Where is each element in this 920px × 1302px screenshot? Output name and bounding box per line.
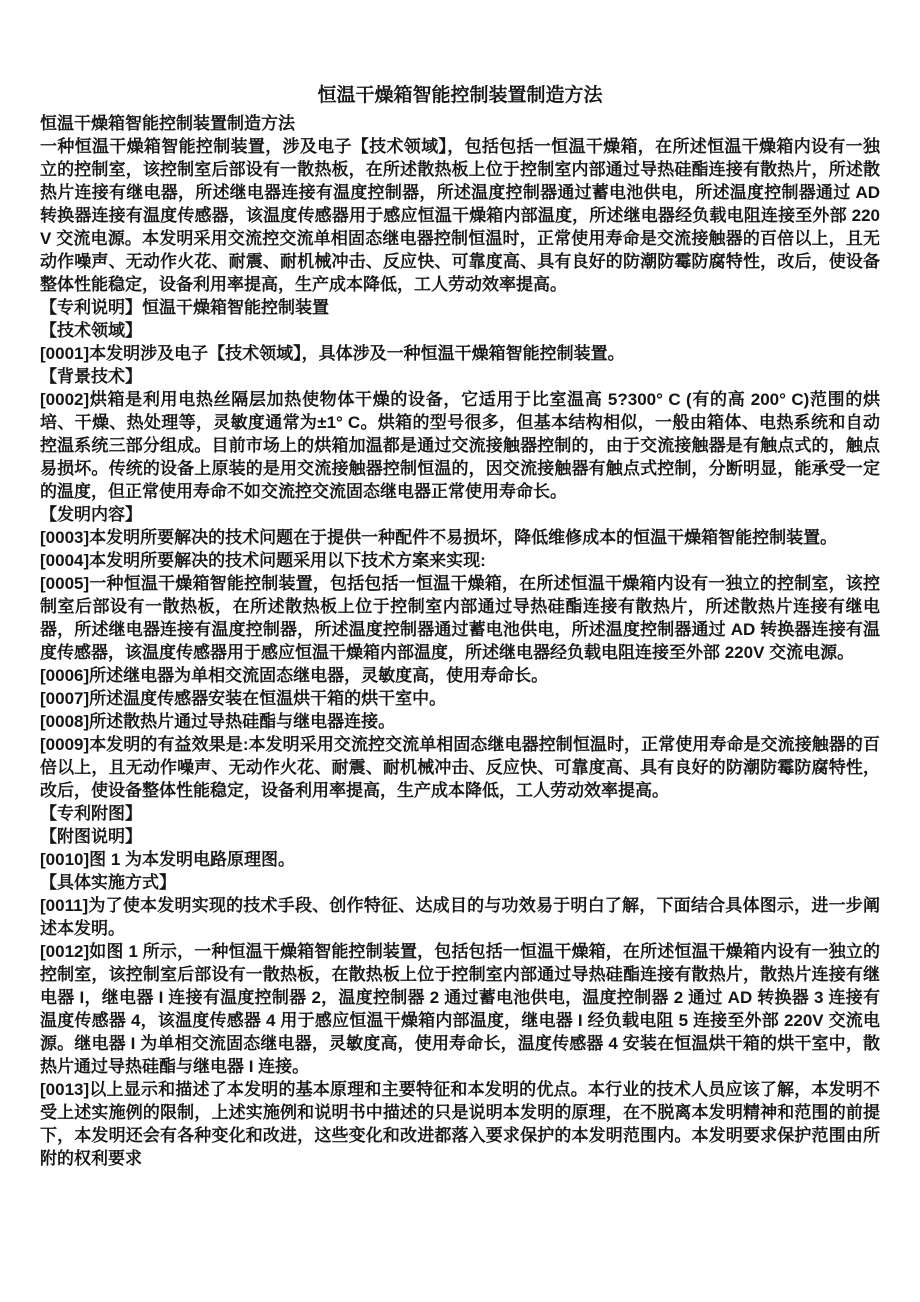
paragraph-0011: [0011]为了使本发明实现的技术手段、创作特征、达成目的与功效易于明白了解，下… (40, 894, 880, 940)
paragraph-0004: [0004]本发明所要解决的技术问题采用以下技术方案来实现: (40, 549, 880, 572)
section-heading-figure-description: 【附图说明】 (40, 825, 880, 848)
paragraph-0005: [0005]一种恒温干燥箱智能控制装置，包括包括一恒温干燥箱，在所述恒温干燥箱内… (40, 572, 880, 664)
abstract-paragraph: 一种恒温干燥箱智能控制装置，涉及电子【技术领域】，包括包括一恒温干燥箱，在所述恒… (40, 135, 880, 296)
paragraph-0001: [0001]本发明涉及电子【技术领域】，具体涉及一种恒温干燥箱智能控制装置。 (40, 342, 880, 365)
paragraph-0013: [0013]以上显示和描述了本发明的基本原理和主要特征和本发明的优点。本行业的技… (40, 1078, 880, 1170)
section-heading-embodiments: 【具体实施方式】 (40, 871, 880, 894)
paragraph-0008: [0008]所述散热片通过导热硅酯与继电器连接。 (40, 710, 880, 733)
paragraph-0012: [0012]如图 1 所示，一种恒温干燥箱智能控制装置，包括包括一恒温干燥箱，在… (40, 940, 880, 1078)
paragraph-0006: [0006]所述继电器为单相交流固态继电器，灵敏度高，使用寿命长。 (40, 664, 880, 687)
paragraph-0002: [0002]烘箱是利用电热丝隔层加热使物体干燥的设备，它适用于比室温高 5?30… (40, 388, 880, 503)
section-heading-background: 【背景技术】 (40, 365, 880, 388)
paragraph-0010: [0010]图 1 为本发明电路原理图。 (40, 848, 880, 871)
paragraph-0009: [0009]本发明的有益效果是:本发明采用交流控交流单相固态继电器控制恒温时，正… (40, 733, 880, 802)
document-body: 恒温干燥箱智能控制装置制造方法恒温干燥箱智能控制装置制造方法一种恒温干燥箱智能控… (40, 84, 880, 1170)
paragraph-0003: [0003]本发明所要解决的技术问题在于提供一种配件不易损坏，降低维修成本的恒温… (40, 526, 880, 549)
page-title: 恒温干燥箱智能控制装置制造方法 (40, 84, 880, 108)
section-heading-technical-field: 【技术领域】 (40, 319, 880, 342)
paragraph-0007: [0007]所述温度传感器安装在恒温烘干箱的烘干室中。 (40, 687, 880, 710)
patent-document-page: 恒温干燥箱智能控制装置制造方法恒温干燥箱智能控制装置制造方法一种恒温干燥箱智能控… (0, 0, 920, 1302)
patent-description-heading: 【专利说明】恒温干燥箱智能控制装置 (40, 296, 880, 319)
section-heading-patent-figures: 【专利附图】 (40, 802, 880, 825)
document-subtitle: 恒温干燥箱智能控制装置制造方法 (40, 112, 880, 135)
section-heading-invention-content: 【发明内容】 (40, 503, 880, 526)
